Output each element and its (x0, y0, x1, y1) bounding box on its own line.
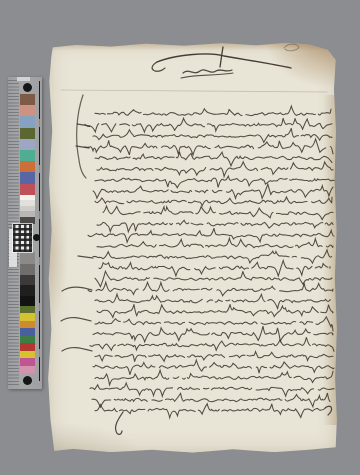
strip-top-tab (17, 77, 30, 81)
color-patch (20, 161, 35, 172)
color-patch (20, 321, 35, 329)
handwriting-line (90, 337, 334, 351)
dark-step (20, 285, 35, 295)
heading-cross (220, 47, 223, 67)
handwriting-line (93, 128, 332, 142)
resolution-target-grid (13, 224, 32, 252)
strip-edge-line (39, 81, 40, 381)
photo-canvas: { "scene": { "description": "Archival ph… (0, 0, 360, 475)
handwriting-line (95, 352, 333, 362)
handwriting-line (95, 294, 330, 308)
color-patch (20, 139, 35, 150)
heading-word-scribble (183, 70, 232, 73)
color-patch (20, 116, 35, 127)
gray-step (20, 264, 35, 276)
margin-bracket (77, 95, 86, 178)
handwriting-line (97, 304, 333, 317)
color-patch (20, 306, 35, 314)
handwriting-line (95, 271, 332, 286)
handwriting-line (103, 206, 333, 220)
fold-line (61, 90, 327, 92)
folio-scribble (284, 44, 299, 51)
color-patch (20, 328, 35, 336)
gray-step (20, 252, 35, 264)
handwriting-line (93, 184, 333, 198)
handwriting-line (95, 197, 332, 206)
registration-dot-bottom (23, 376, 32, 385)
handwriting-line (97, 220, 333, 232)
color-patch (20, 150, 35, 161)
margin-swirl-1 (62, 287, 92, 291)
color-patch (20, 105, 35, 116)
end-flourish (325, 406, 332, 415)
rubric-descender (116, 412, 123, 434)
margin-swirl-3 (62, 348, 92, 351)
heading-underline (181, 73, 233, 78)
handwriting-line (85, 118, 332, 132)
dark-step (20, 275, 35, 285)
handwriting-line (93, 326, 333, 342)
margin-swirl-2 (61, 318, 91, 321)
handwriting-svg (47, 40, 338, 455)
color-patch (20, 358, 35, 366)
color-patch (20, 172, 35, 183)
patch-column (20, 83, 35, 387)
heading-flourish-stroke (157, 54, 291, 68)
margin-dash-1 (77, 124, 90, 126)
color-patch (20, 343, 35, 351)
handwriting-line (93, 360, 334, 375)
handwriting-line (95, 152, 332, 166)
handwriting-line (93, 250, 332, 263)
handwriting-line (90, 383, 334, 396)
handwriting-line (92, 393, 330, 407)
dark-step (20, 296, 35, 306)
handwriting-line (88, 282, 333, 295)
dark-bar (20, 217, 35, 224)
handwriting-line (84, 139, 333, 155)
color-patch (20, 94, 35, 105)
handwriting-line (97, 238, 333, 248)
manuscript-page (47, 40, 338, 453)
color-patch (20, 351, 35, 359)
color-patch (20, 128, 35, 139)
registration-dot-top (23, 83, 32, 92)
handwriting-line (88, 228, 334, 242)
handwriting-line (95, 404, 325, 418)
handwriting-line (95, 106, 331, 116)
margin-dash-3 (78, 256, 93, 258)
color-patch (20, 184, 35, 195)
registration-dot-mid (33, 234, 40, 241)
heading-hook (152, 62, 165, 71)
color-patch (20, 366, 35, 374)
color-patch (20, 336, 35, 344)
calibration-strip (8, 77, 42, 389)
color-patch (20, 313, 35, 321)
handwriting-line (95, 176, 334, 188)
handwriting-line (95, 317, 333, 331)
handwriting-line (97, 162, 333, 177)
handwriting-line (99, 261, 330, 277)
